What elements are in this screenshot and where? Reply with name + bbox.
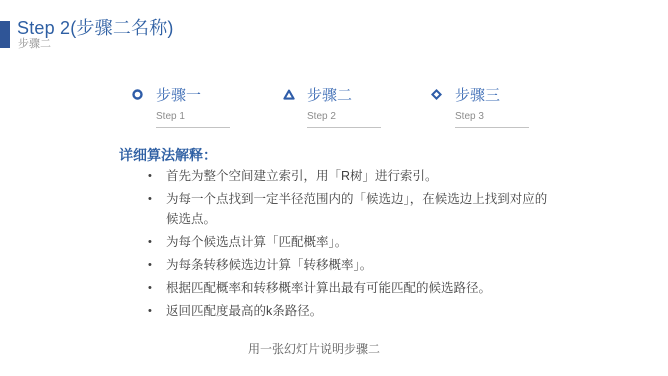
step-3-label: 步骤三 xyxy=(455,84,500,105)
step-2-underline: Step 2 xyxy=(307,106,381,128)
bullet-item: 为每一个点找到一定半径范围内的「候选边」，在候选边上找到对应的候选点。 xyxy=(147,189,555,229)
bullet-item: 首先为整个空间建立索引，用「R树」进行索引。 xyxy=(147,166,555,186)
section-title: 详细算法解释： xyxy=(119,145,217,165)
bullet-item: 为每个候选点计算「匹配概率」。 xyxy=(147,232,555,252)
step-1-label: 步骤一 xyxy=(156,84,201,105)
step-3-sublabel: Step 3 xyxy=(455,111,484,122)
page-title: Step 2(步骤二名称) xyxy=(17,17,174,39)
step-2-sublabel: Step 2 xyxy=(307,111,336,122)
slide: Step 2(步骤二名称) 步骤二 步骤一 Step 1 步骤二 Step 2 xyxy=(0,0,668,376)
header-accent-bar xyxy=(0,21,10,48)
circle-outline-icon xyxy=(131,88,144,101)
step-2-label: 步骤二 xyxy=(307,84,352,105)
bullet-list: 首先为整个空间建立索引，用「R树」进行索引。 为每一个点找到一定半径范围内的「候… xyxy=(147,166,555,324)
triangle-outline-icon xyxy=(282,88,295,101)
bullet-item: 根据匹配概率和转移概率计算出最有可能匹配的候选路径。 xyxy=(147,278,555,298)
step-1-underline: Step 1 xyxy=(156,106,230,128)
bullet-item: 返回匹配度最高的k条路径。 xyxy=(147,301,555,321)
step-3-underline: Step 3 xyxy=(455,106,529,128)
step-indicator-1: 步骤一 Step 1 xyxy=(131,84,241,128)
step-1-sublabel: Step 1 xyxy=(156,111,185,122)
page-subtitle: 步骤二 xyxy=(18,38,51,51)
step-indicator-2: 步骤二 Step 2 xyxy=(282,84,392,128)
diamond-outline-icon xyxy=(430,88,443,101)
step-indicator-3: 步骤三 Step 3 xyxy=(430,84,540,128)
bullet-item: 为每条转移候选边计算「转移概率」。 xyxy=(147,255,555,275)
footer-caption: 用一张幻灯片说明步骤二 xyxy=(0,340,628,357)
